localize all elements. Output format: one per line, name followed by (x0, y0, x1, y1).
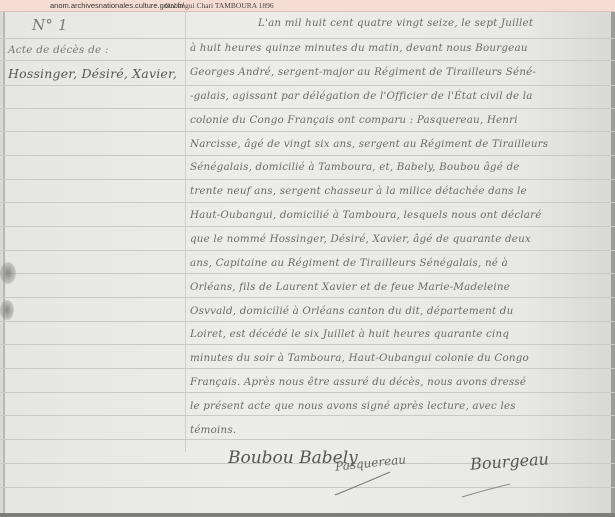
ruled-line (0, 131, 615, 132)
body-line-12: Orléans, fils de Laurent Xavier et de fe… (190, 281, 510, 293)
ruled-line (0, 487, 615, 488)
ruled-line (0, 344, 615, 345)
body-line-11: ans, Capitaine au Régiment de Tirailleur… (190, 257, 508, 269)
ruled-line (0, 368, 615, 369)
body-line-18: témoins. (190, 424, 236, 436)
archive-record-title: Oubangui Chari TAMBOURA 1896 (165, 1, 274, 10)
body-line-8: trente neuf ans, sergent chasseur à la m… (190, 185, 527, 197)
ruled-line (0, 38, 615, 39)
body-line-14: Loiret, est décédé le six Juillet à huit… (190, 328, 509, 340)
signature-flourish (460, 482, 520, 502)
archive-banner: anom.archivesnationales.culture.gouv.fr/… (0, 0, 615, 12)
body-line-13: Osvvald, domicilié à Orléans canton du d… (190, 305, 513, 317)
margin-act-heading: Acte de décès de : (8, 44, 109, 56)
body-line-7: Sénégalais, domicilié à Tamboura, et, Ba… (190, 161, 520, 173)
ruled-line (0, 226, 615, 227)
ink-stain (0, 300, 14, 320)
ruled-line (0, 155, 615, 156)
ruled-line (0, 202, 615, 203)
ruled-line (0, 60, 615, 61)
body-line-1: L'an mil huit cent quatre vingt seize, l… (258, 17, 533, 29)
ruled-line (0, 297, 615, 298)
ruled-line (0, 85, 615, 86)
ruled-line (0, 392, 615, 393)
ruled-line (0, 439, 615, 440)
body-line-10: que le nommé Hossinger, Désiré, Xavier, … (190, 233, 531, 245)
margin-deceased-name: Hossinger, Désiré, Xavier, (8, 66, 177, 81)
ink-stain (0, 262, 16, 284)
ruled-line (0, 179, 615, 180)
margin-rule (185, 12, 186, 452)
ruled-line (0, 250, 615, 251)
body-line-3: Georges André, sergent-major au Régiment… (190, 66, 536, 78)
body-line-17: le présent acte que nous avons signé apr… (190, 400, 516, 412)
ruled-line (0, 108, 615, 109)
body-line-15: minutes du soir à Tamboura, Haut-Oubangu… (190, 352, 529, 364)
body-line-6: Narcisse, âgé de vingt six ans, sergent … (190, 138, 548, 150)
page-right-edge (611, 12, 615, 517)
signature-flourish (330, 470, 410, 500)
entry-number: N° 1 (32, 16, 68, 34)
archive-source-url[interactable]: anom.archivesnationales.culture.gouv.fr/ (50, 1, 184, 10)
body-line-5: colonie du Congo Français ont comparu : … (190, 114, 518, 126)
body-line-4: -galais, agissant par délégation de l'Of… (190, 90, 533, 102)
ruled-line (0, 321, 615, 322)
ruled-line (0, 273, 615, 274)
body-line-2: à huit heures quinze minutes du matin, d… (190, 42, 528, 54)
body-line-16: Français. Après nous être assuré du décè… (190, 376, 526, 388)
page-bottom-edge (0, 513, 615, 517)
ruled-line (0, 415, 615, 416)
body-line-9: Haut-Oubangui, domicilié à Tamboura, les… (190, 209, 542, 221)
